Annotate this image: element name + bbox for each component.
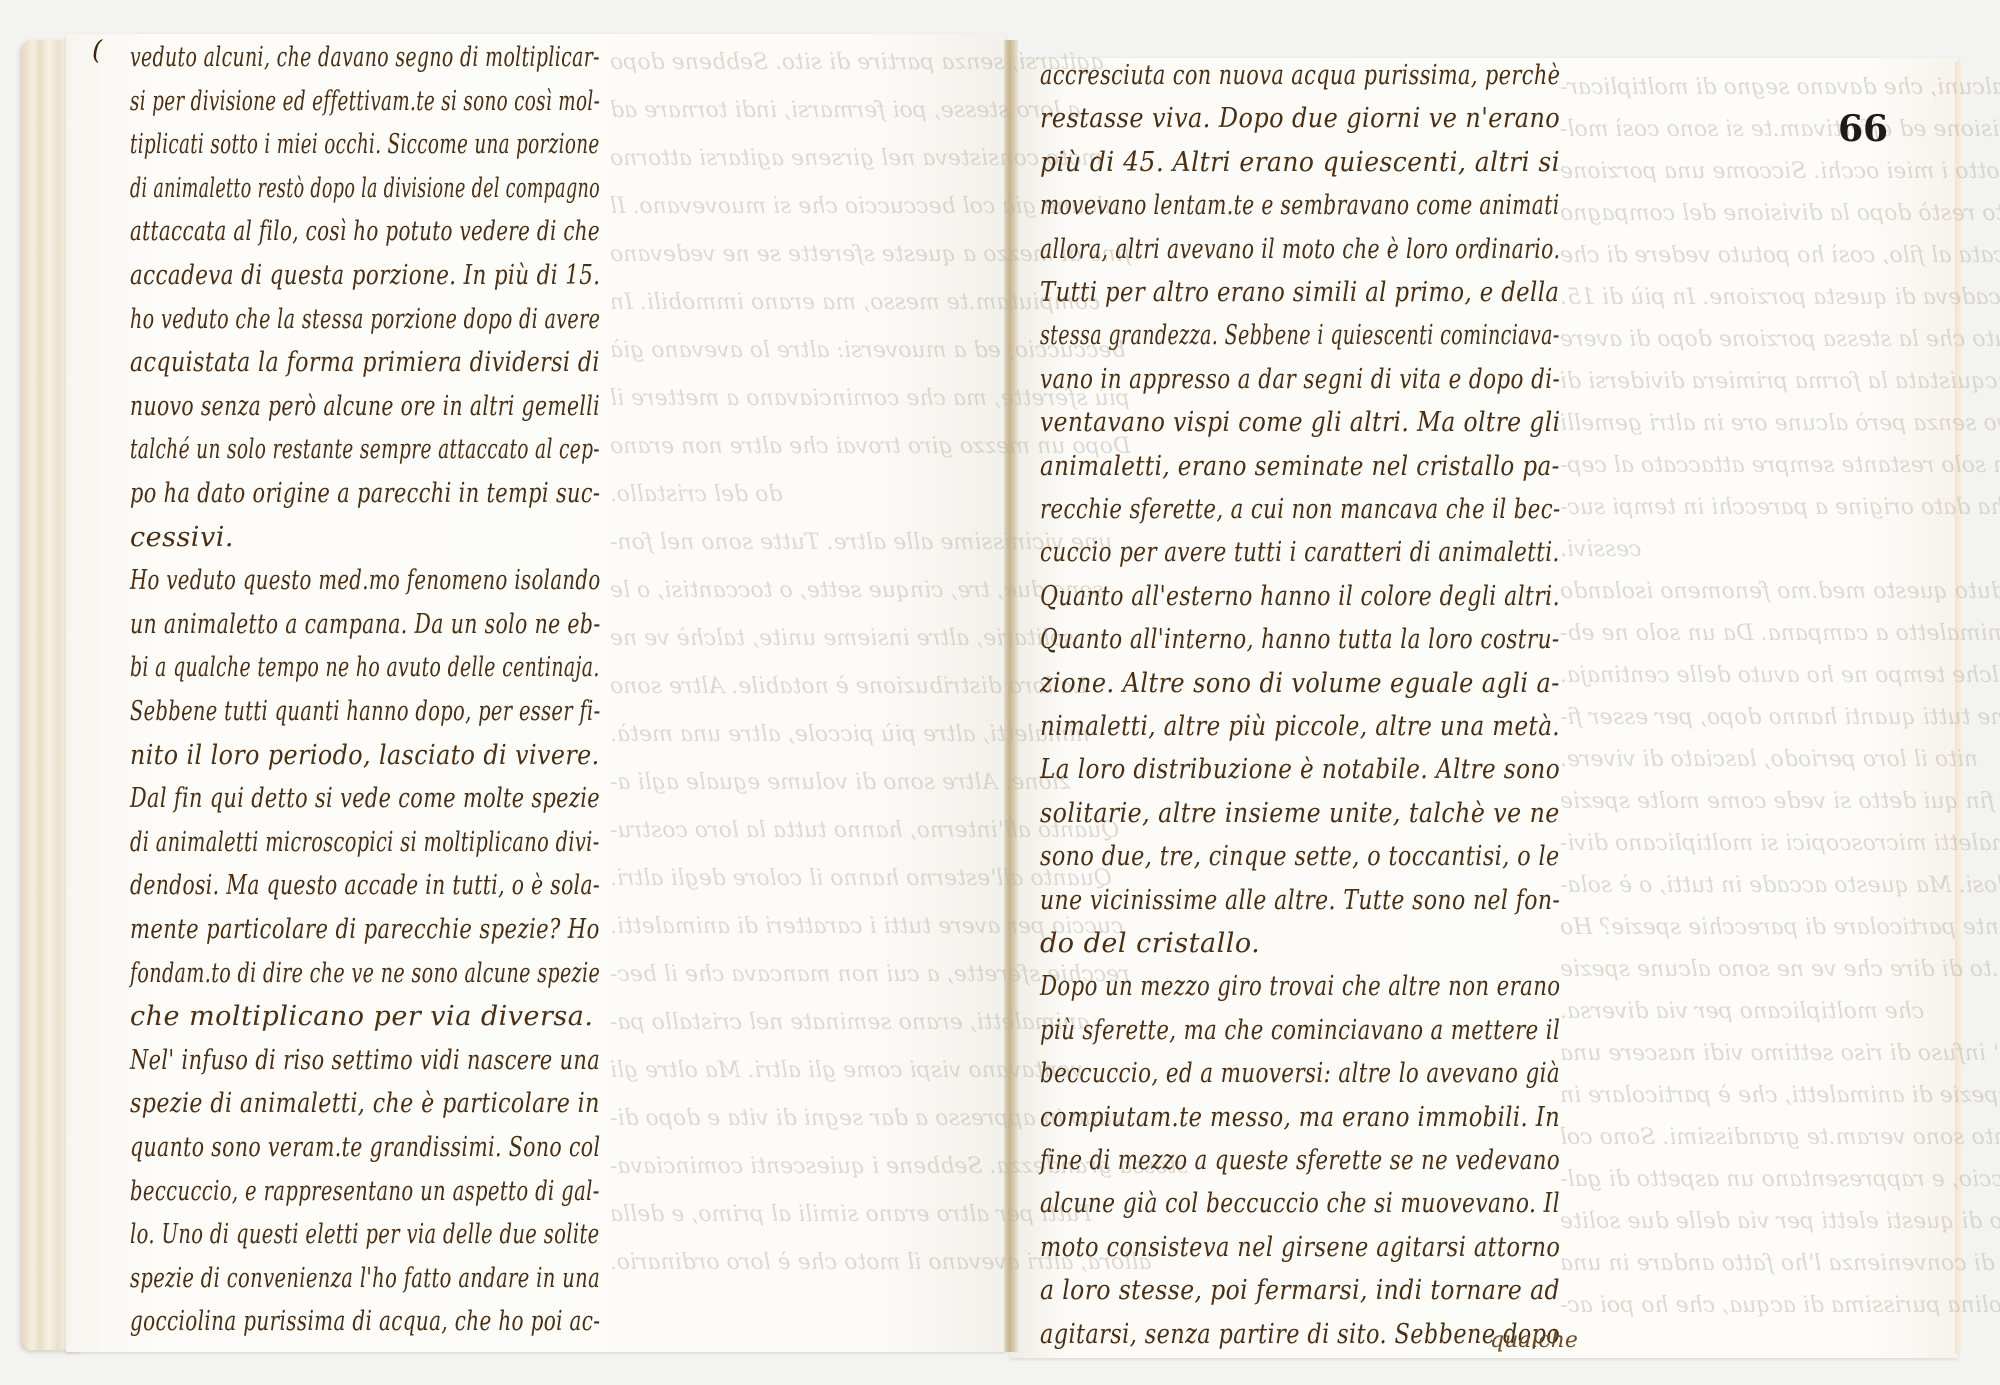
manuscript-line: beccuccio, e rappresentano un aspetto di… <box>130 1176 600 1207</box>
manuscript-line: di animaletto restò dopo la divisione de… <box>130 173 600 204</box>
manuscript-line: ventavano vispi come gli altri. Ma oltre… <box>1040 407 1561 438</box>
manuscript-line: quanto sono veram.te grandissimi. Sono c… <box>130 1132 600 1163</box>
show-through-line: mente particolare di parecchie spezie? H… <box>1560 915 2000 940</box>
manuscript-line: alcune già col beccuccio che si muovevan… <box>1040 1188 1560 1219</box>
show-through-line: La loro distribuzione è notabile. Altre … <box>610 674 1088 699</box>
show-through-line: fondam.to di dire che ve ne sono alcune … <box>1560 957 2000 982</box>
show-through-line: beccuccio, e rappresentano un aspetto di… <box>1560 1167 2000 1192</box>
manuscript-line: di animaletti microscopici si moltiplica… <box>130 827 600 858</box>
manuscript-line: beccuccio, ed a muoversi: altre lo aveva… <box>1040 1058 1560 1089</box>
manuscript-line: Nel' infuso di riso settimo vidi nascere… <box>130 1045 600 1076</box>
show-through-line: po ha dato origine a parecchi in tempi s… <box>1560 495 2000 520</box>
show-through-line: Nel' infuso di riso settimo vidi nascere… <box>1560 1041 2000 1066</box>
show-through-line: si per divisione ed effettivam.te si son… <box>1560 117 2000 142</box>
show-through-line: moto consisteva nel girsene agitarsi att… <box>610 146 1102 171</box>
show-through-line: sono due, tre, cinque sette, o toccantis… <box>610 578 1104 603</box>
show-through-line: di animaletto restò dopo la divisione de… <box>1560 201 2000 226</box>
show-through-line: Ho veduto questo med.mo fenomeno isoland… <box>1560 579 2000 604</box>
manuscript-line: do del cristallo. <box>1040 928 1260 959</box>
show-through-line: di animaletti microscopici si moltiplica… <box>1560 831 2000 856</box>
show-through-line: do del cristallo. <box>610 482 783 507</box>
show-through-line: Sebbene tutti quanti hanno dopo, per ess… <box>1560 705 2000 730</box>
show-through-line: cessivi. <box>1560 537 1641 562</box>
manuscript-line: movevano lentam.te e sembravano come ani… <box>1040 190 1560 221</box>
manuscript-line: Quanto all'interno, hanno tutta la loro … <box>1040 624 1560 655</box>
manuscript-line: ho veduto che la stessa porzione dopo di… <box>130 304 600 335</box>
manuscript-line: La loro distribuzione è notabile. Altre … <box>1040 754 1560 785</box>
manuscript-line: stessa grandezza. Sebbene i quiescenti c… <box>1040 320 1560 351</box>
show-through-line: spezie di animaletti, che è particolare … <box>1560 1083 2000 1108</box>
manuscript-line: acquistata la forma primiera dividersi d… <box>130 347 600 378</box>
show-through-line: a loro stesse, poi fermarsi, indi tornar… <box>610 98 1081 123</box>
show-through-line: nimaletti, altre più piccole, altre una … <box>610 722 1090 747</box>
manuscript-line: attaccata al filo, così ho potuto vedere… <box>130 216 600 247</box>
show-through-line: accadeva di questa porzione. In più di 1… <box>1560 285 2000 310</box>
manuscript-line: Sebbene tutti quanti hanno dopo, per ess… <box>130 696 600 727</box>
show-through-line: compiutam.te messo, ma erano immobili. I… <box>610 290 1100 315</box>
manuscript-line: moto consisteva nel girsene agitarsi att… <box>1040 1232 1560 1263</box>
manuscript-line: nito il loro periodo, lasciato di vivere… <box>130 740 600 771</box>
manuscript-line: sono due, tre, cinque sette, o toccantis… <box>1040 841 1560 872</box>
show-through-line: agitarsi, senza partire di sito. Sebbene… <box>610 50 1104 75</box>
manuscript-line: restasse viva. Dopo due giorni ve n'eran… <box>1040 103 1560 134</box>
show-through-line: animaletti, erano seminate nel cristallo… <box>610 1010 1090 1035</box>
manuscript-line: zione. Altre sono di volume eguale agli … <box>1040 668 1560 699</box>
catchword: qualche <box>1490 1328 1578 1353</box>
manuscript-line: po ha dato origine a parecchi in tempi s… <box>130 478 600 509</box>
manuscript-line: une vicinissime alle altre. Tutte sono n… <box>1040 885 1560 916</box>
manuscript-line: spezie di convenienza l'ho fatto andare … <box>130 1263 600 1294</box>
show-through-line: zione. Altre sono di volume eguale agli … <box>610 770 1070 795</box>
manuscript-line: Tutti per altro erano simili al primo, e… <box>1040 277 1559 308</box>
show-through-line: quanto sono veram.te grandissimi. Sono c… <box>1560 1125 2000 1150</box>
manuscript-line: nuovo senza però alcune ore in altri gem… <box>130 391 600 422</box>
manuscript-line: nimaletti, altre più piccole, altre una … <box>1040 711 1560 742</box>
manuscript-line: Dal fin qui detto si vede come molte spe… <box>130 783 600 814</box>
show-through-line: acquistata la forma primiera dividersi d… <box>1560 369 2000 394</box>
manuscript-line: accadeva di questa porzione. In più di 1… <box>130 260 600 291</box>
manuscript-line: si per divisione ed effettivam.te si son… <box>130 86 600 117</box>
show-through-line: veduto alcuni, che davano segno di molti… <box>1560 75 2000 100</box>
show-through-line: che moltiplicano per via diversa. <box>1560 999 1924 1024</box>
manuscript-line: compiutam.te messo, ma erano immobili. I… <box>1040 1102 1560 1133</box>
manuscript-line: Dopo un mezzo giro trovai che altre non … <box>1040 971 1561 1002</box>
manuscript-line: lo. Uno di questi eletti per via delle d… <box>130 1219 600 1250</box>
manuscript-line: cuccio per avere tutti i caratteri di an… <box>1040 537 1560 568</box>
show-through-line: dendosi. Ma questo accade in tutti, o è … <box>1560 873 2000 898</box>
manuscript-line: a loro stesse, poi fermarsi, indi tornar… <box>1040 1275 1560 1306</box>
show-through-line: une vicinissime alle altre. Tutte sono n… <box>610 530 1112 555</box>
manuscript-line: Ho veduto questo med.mo fenomeno isoland… <box>130 565 601 596</box>
show-through-line: nito il loro periodo, lasciato di vivere… <box>1560 747 1978 772</box>
manuscript-line: Quanto all'esterno hanno il colore degli… <box>1040 581 1560 612</box>
manuscript-line: più sferette, ma che cominciavano a mett… <box>1040 1015 1560 1046</box>
show-through-line: lo. Uno di questi eletti per via delle d… <box>1560 1209 2000 1234</box>
manuscript-line: dendosi. Ma questo accade in tutti, o è … <box>130 870 600 901</box>
show-through-line: nuovo senza però alcune ore in altri gem… <box>1560 411 2000 436</box>
manuscript-line: fine di mezzo a queste sferette se ne ve… <box>1040 1145 1560 1176</box>
open-notebook: agitarsi, senza partire di sito. Sebbene… <box>0 0 2000 1385</box>
manuscript-line: talché un solo restante sempre attaccato… <box>130 434 600 465</box>
manuscript-line: agitarsi, senza partire di sito. Sebbene… <box>1040 1319 1560 1350</box>
manuscript-line: vano in appresso a dar segni di vita e d… <box>1040 364 1560 395</box>
manuscript-line: recchie sferette, a cui non mancava che … <box>1040 494 1561 525</box>
show-through-line: Dal fin qui detto si vede come molte spe… <box>1560 789 2000 814</box>
show-through-line: talché un solo restante sempre attaccato… <box>1560 453 2000 478</box>
show-through-line: attaccata al filo, così ho potuto vedere… <box>1560 243 2000 268</box>
show-through-line: Quanto all'esterno hanno il colore degli… <box>610 866 1112 891</box>
manuscript-line: un animaletto a campana. Da un solo ne e… <box>130 609 601 640</box>
manuscript-line: solitarie, altre insieme unite, talchè v… <box>1040 798 1560 829</box>
show-through-line: ho veduto che la stessa porzione dopo di… <box>1560 327 2000 352</box>
manuscript-line: mente particolare di parecchie spezie? H… <box>130 914 600 945</box>
show-through-line: spezie di convenienza l'ho fatto andare … <box>1560 1251 2000 1276</box>
show-through-line: tiplicati sotto i miei occhi. Siccome un… <box>1560 159 2000 184</box>
show-through-line: gocciolina purissima di acqua, che ho po… <box>1560 1293 2000 1318</box>
show-through-line: un animaletto a campana. Da un solo ne e… <box>1560 621 2000 646</box>
show-through-line: bi a qualche tempo ne ho avuto delle cen… <box>1560 663 2000 688</box>
manuscript-line: accresciuta con nuova acqua purissima, p… <box>1040 60 1560 91</box>
manuscript-line: più di 45. Altri erano quiescenti, altri… <box>1040 147 1560 178</box>
page-number: 66 <box>1838 108 1888 150</box>
manuscript-line: gocciolina purissima di acqua, che ho po… <box>130 1306 600 1337</box>
manuscript-line: tiplicati sotto i miei occhi. Siccome un… <box>130 129 600 160</box>
manuscript-line: veduto alcuni, che davano segno di molti… <box>130 42 600 73</box>
manuscript-line: che moltiplicano per via diversa. <box>130 1001 593 1032</box>
manuscript-line: spezie di animaletti, che è particolare … <box>130 1088 600 1119</box>
show-through-line: ventavano vispi come gli altri. Ma oltre… <box>610 1058 1083 1083</box>
manuscript-line: cessivi. <box>130 522 234 553</box>
show-through-line: solitarie, altre insieme unite, talchè v… <box>610 626 1074 651</box>
manuscript-line: fondam.to di dire che ve ne sono alcune … <box>130 958 600 989</box>
manuscript-line: allora, altri avevano il moto che è loro… <box>1040 234 1560 265</box>
margin-mark: ( <box>92 36 102 66</box>
manuscript-line: bi a qualche tempo ne ho avuto delle cen… <box>130 652 600 683</box>
manuscript-line: animaletti, erano seminate nel cristallo… <box>1040 451 1560 482</box>
show-through-line: Tutti per altro erano simili al primo, e… <box>610 1202 1094 1227</box>
